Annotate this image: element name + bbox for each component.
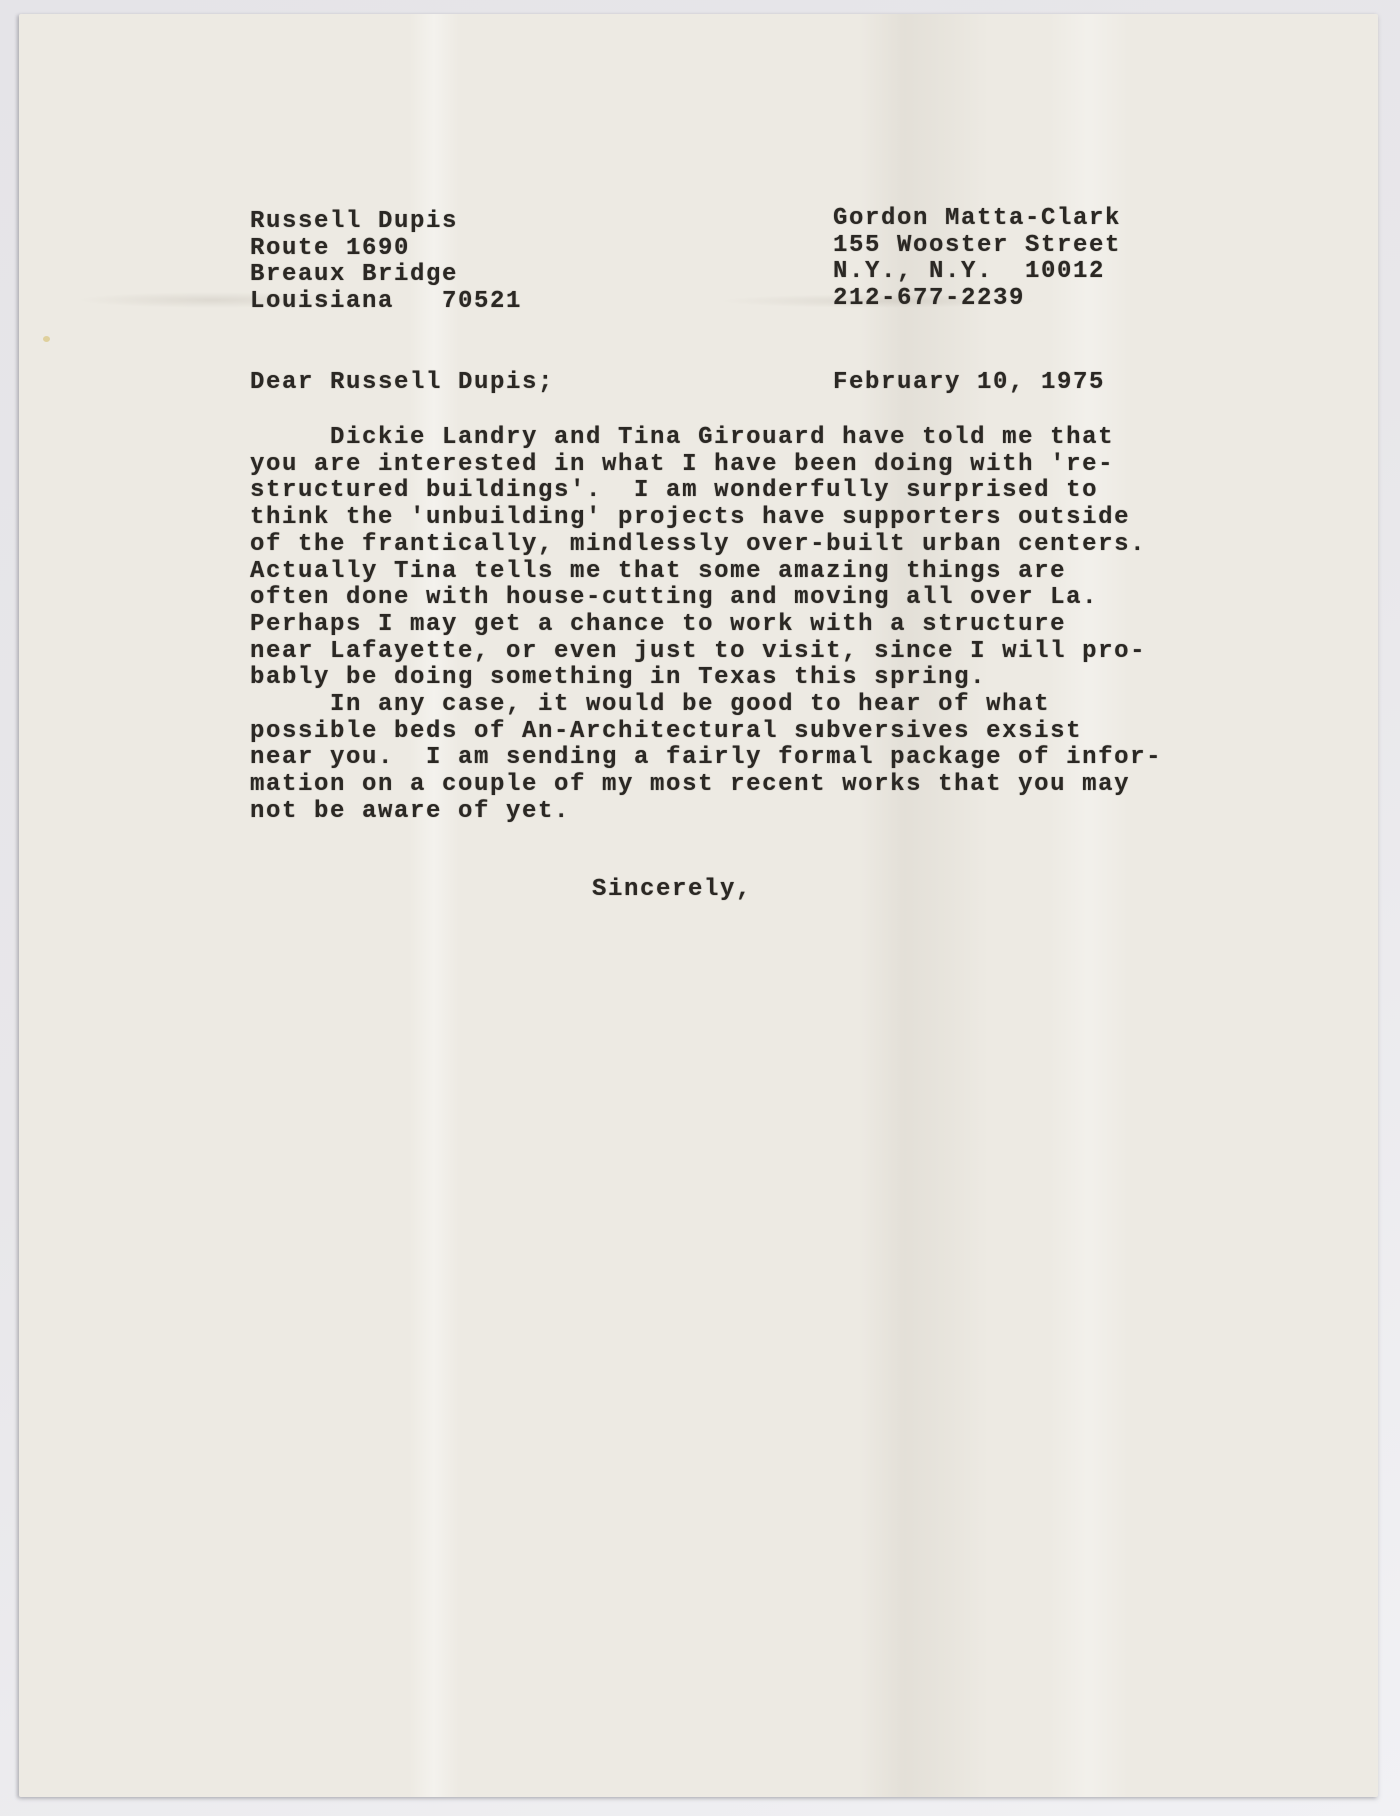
body-line: structured buildings'. I am wonderfully … xyxy=(250,478,1162,505)
scanned-letter-view: Russell DupisRoute 1690Breaux BridgeLoui… xyxy=(0,0,1400,1816)
body-line: Actually Tina tells me that some amazing… xyxy=(250,559,1162,586)
body-line: possible beds of An-Architectural subver… xyxy=(250,719,1162,746)
body-line: Perhaps I may get a chance to work with … xyxy=(250,612,1162,639)
recipient-address-line: Russell Dupis xyxy=(250,209,522,236)
recipient-address-block: Russell DupisRoute 1690Breaux BridgeLoui… xyxy=(250,209,522,316)
closing: Sincerely, xyxy=(592,877,752,904)
body-line: near Lafayette, or even just to visit, s… xyxy=(250,639,1162,666)
sender-address-line: 155 Wooster Street xyxy=(833,233,1121,260)
letter-body: Dickie Landry and Tina Girouard have tol… xyxy=(250,425,1162,826)
body-line: bably be doing something in Texas this s… xyxy=(250,665,1162,692)
body-line: of the frantically, mindlessly over-buil… xyxy=(250,532,1162,559)
recipient-address-line: Route 1690 xyxy=(250,236,522,263)
body-line: near you. I am sending a fairly formal p… xyxy=(250,745,1162,772)
salutation: Dear Russell Dupis; xyxy=(250,370,554,397)
sender-address-line: 212-677-2239 xyxy=(833,286,1121,313)
body-line: mation on a couple of my most recent wor… xyxy=(250,772,1162,799)
paper-speck xyxy=(43,336,50,342)
recipient-address-line: Louisiana 70521 xyxy=(250,289,522,316)
body-line: you are interested in what I have been d… xyxy=(250,452,1162,479)
body-line: Dickie Landry and Tina Girouard have tol… xyxy=(250,425,1162,452)
letter-date: February 10, 1975 xyxy=(833,370,1105,397)
recipient-address-line: Breaux Bridge xyxy=(250,262,522,289)
sender-address-block: Gordon Matta-Clark155 Wooster StreetN.Y.… xyxy=(833,206,1121,313)
body-line: In any case, it would be good to hear of… xyxy=(250,692,1162,719)
body-line: think the 'unbuilding' projects have sup… xyxy=(250,505,1162,532)
body-line: often done with house-cutting and moving… xyxy=(250,585,1162,612)
sender-address-line: Gordon Matta-Clark xyxy=(833,206,1121,233)
body-line: not be aware of yet. xyxy=(250,799,1162,826)
sender-address-line: N.Y., N.Y. 10012 xyxy=(833,259,1121,286)
letter-page: Russell DupisRoute 1690Breaux BridgeLoui… xyxy=(19,14,1378,1797)
